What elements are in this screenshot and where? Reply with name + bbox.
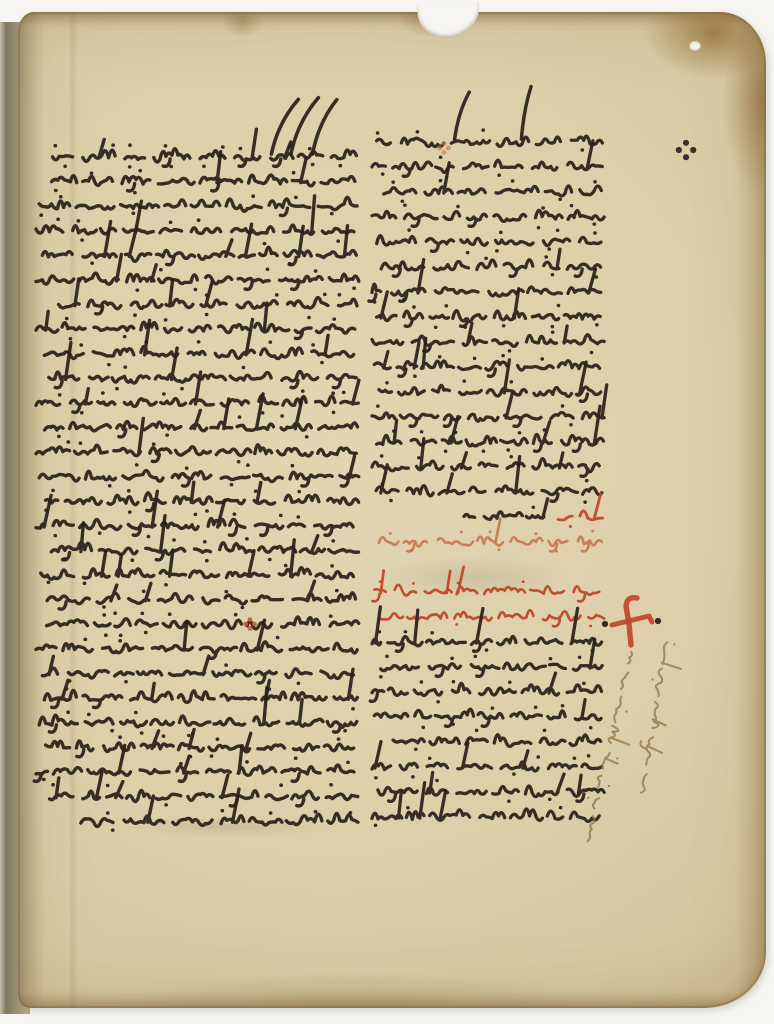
red-cross-margin-mark: [602, 598, 661, 645]
text-column-left: [34, 98, 359, 830]
text-column-right: [369, 87, 607, 826]
handwriting-layer: [0, 0, 774, 1024]
rubric-rosette-marks: [243, 141, 451, 631]
scan-background: [0, 0, 774, 1024]
four-dot-section-mark: [676, 140, 697, 161]
